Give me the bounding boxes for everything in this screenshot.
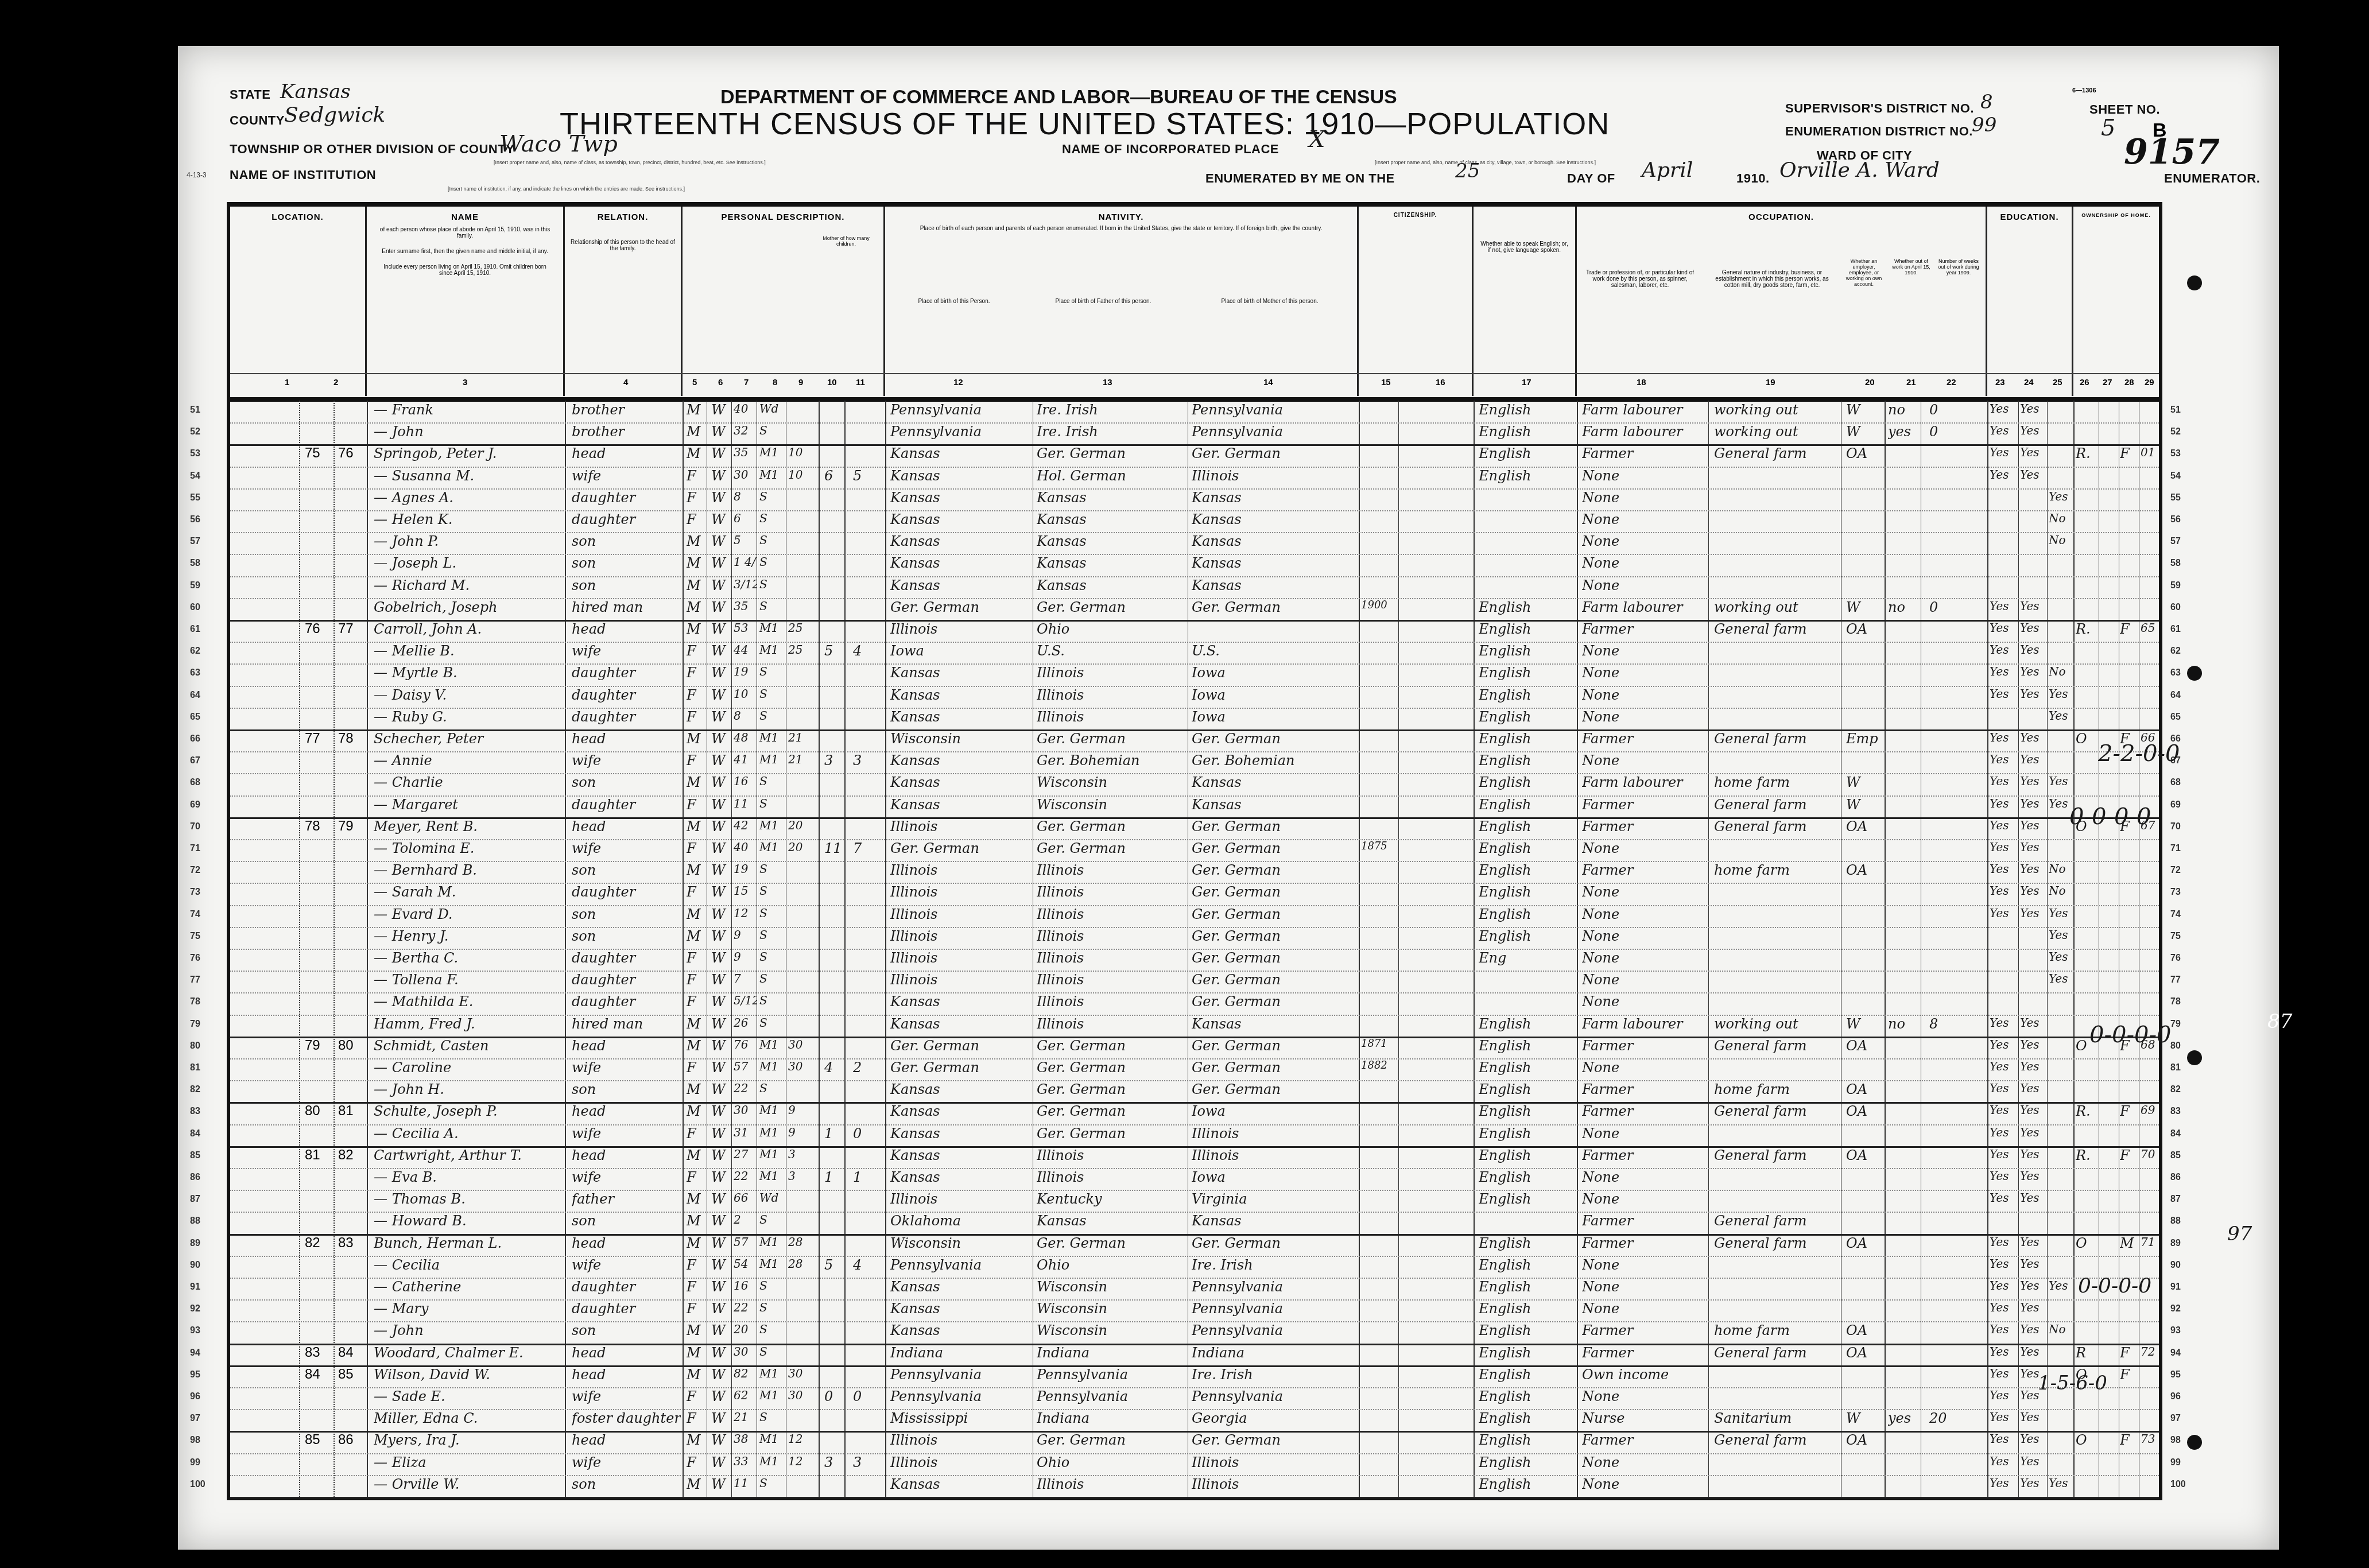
- age: 41: [734, 752, 757, 766]
- can-write: Yes: [2020, 643, 2047, 657]
- line-number-right: 56: [2170, 515, 2181, 525]
- can-read: Yes: [1990, 797, 2018, 810]
- language: English: [1479, 928, 1576, 944]
- birthplace-father: Kansas: [1037, 511, 1186, 527]
- birthplace-person: Kansas: [890, 1016, 1031, 1032]
- can-read: Yes: [1990, 818, 2018, 832]
- farm-schedule-number: 70: [2141, 1147, 2159, 1161]
- relation: daughter: [572, 490, 681, 506]
- attended-school: Yes: [2049, 687, 2073, 701]
- birthplace-father: Wisconsin: [1037, 1322, 1186, 1338]
- children-living: 0: [853, 1125, 882, 1142]
- line-number-left: 58: [190, 558, 200, 569]
- age: 35: [734, 445, 757, 459]
- person-name: Cartwright, Arthur T.: [374, 1147, 565, 1163]
- age: 22: [734, 1169, 757, 1183]
- can-read: Yes: [1990, 1125, 2018, 1139]
- birthplace-mother: Ger. German: [1192, 862, 1358, 878]
- tally-line97: 1-5-6-0: [2038, 1372, 2107, 1395]
- line-number-left: 59: [190, 581, 200, 591]
- children-living: 7: [853, 840, 882, 856]
- trade: None: [1582, 1125, 1708, 1142]
- birthplace-person: Illinois: [890, 818, 1031, 835]
- trade: Farmer: [1582, 1103, 1708, 1119]
- can-write: Yes: [2020, 752, 2047, 766]
- birthplace-person: Mississippi: [890, 1410, 1031, 1426]
- can-write: Yes: [2020, 402, 2047, 416]
- line-number-right: 72: [2170, 865, 2181, 876]
- age: 2: [734, 1213, 757, 1227]
- birthplace-person: Kansas: [890, 1279, 1031, 1295]
- sex: F: [687, 840, 707, 856]
- line-number-right: 95: [2170, 1370, 2181, 1380]
- family-number: 85: [338, 1367, 367, 1383]
- language: English: [1479, 1081, 1576, 1097]
- birthplace-mother: Ger. German: [1192, 1432, 1358, 1448]
- age: 40: [734, 402, 757, 416]
- can-read: Yes: [1990, 687, 2018, 701]
- years-married: 20: [788, 818, 817, 832]
- census-table: LOCATION. NAME of each person whose plac…: [227, 202, 2162, 1500]
- employer-status: OA: [1846, 862, 1883, 878]
- line-number-left: 80: [190, 1041, 200, 1051]
- marital-status: M1: [759, 731, 785, 744]
- relation: hired man: [572, 1016, 681, 1032]
- line-number-left: 86: [190, 1173, 200, 1183]
- relation: son: [572, 1322, 681, 1338]
- line-number-left: 68: [190, 778, 200, 788]
- birthplace-father: Ger. German: [1037, 445, 1186, 461]
- marital-status: S: [759, 1213, 785, 1227]
- birthplace-father: Ger. German: [1037, 1081, 1186, 1097]
- person-name: — Cecilia A.: [374, 1125, 565, 1142]
- can-write: Yes: [2020, 731, 2047, 744]
- trade: None: [1582, 884, 1708, 900]
- trade: None: [1582, 468, 1708, 484]
- sex: M: [687, 1432, 707, 1448]
- birthplace-mother: Kansas: [1192, 555, 1358, 571]
- trade: Farmer: [1582, 731, 1708, 747]
- table-row: — Cecilia A. wife F W 31 M1 9 1 0 Kansas…: [230, 1124, 2159, 1148]
- township-label: TOWNSHIP OR OTHER DIVISION OF COUNTY: [230, 142, 514, 157]
- dwelling-number: 85: [305, 1432, 334, 1448]
- attended-school: Yes: [2049, 950, 2073, 964]
- birthplace-father: Ger. German: [1037, 1235, 1186, 1251]
- can-write: Yes: [2020, 862, 2047, 876]
- line-number-left: 56: [190, 515, 200, 525]
- can-read: Yes: [1990, 1476, 2018, 1490]
- birthplace-father: Wisconsin: [1037, 1279, 1186, 1295]
- race: W: [711, 1279, 731, 1295]
- sex: M: [687, 621, 707, 637]
- table-row: 79 80 Schmidt, Casten head M W 76 M1 30 …: [230, 1037, 2159, 1059]
- line-number-right: 97: [2170, 1414, 2181, 1424]
- years-married: 9: [788, 1103, 817, 1117]
- farm-or-house: M: [2120, 1235, 2139, 1251]
- industry: home farm: [1714, 1322, 1840, 1338]
- relation: daughter: [572, 687, 681, 703]
- birthplace-mother: Ger. German: [1192, 884, 1358, 900]
- birthplace-person: Iowa: [890, 643, 1031, 659]
- attended-school: No: [2049, 862, 2073, 876]
- incorporated-hint: [Insert proper name and, also, name of c…: [1375, 160, 1596, 165]
- can-read: Yes: [1990, 1367, 2018, 1380]
- can-read: Yes: [1990, 445, 2018, 459]
- birthplace-person: Kansas: [890, 1147, 1031, 1163]
- employer-status: OA: [1846, 1345, 1883, 1361]
- birthplace-father: Illinois: [1037, 972, 1186, 988]
- birthplace-mother: Kansas: [1192, 533, 1358, 549]
- trade: Farmer: [1582, 1322, 1708, 1338]
- birthplace-father: Illinois: [1037, 665, 1186, 681]
- sex: M: [687, 1367, 707, 1383]
- industry: General farm: [1714, 1103, 1840, 1119]
- race: W: [711, 1367, 731, 1383]
- age: 62: [734, 1388, 757, 1402]
- birthplace-father: Kansas: [1037, 577, 1186, 593]
- trade: None: [1582, 950, 1708, 966]
- marital-status: M1: [759, 752, 785, 766]
- trade: None: [1582, 993, 1708, 1010]
- marital-status: Wd: [759, 402, 785, 416]
- birthplace-person: Pennsylvania: [890, 424, 1031, 440]
- trade: None: [1582, 1301, 1708, 1317]
- language: English: [1479, 1454, 1576, 1470]
- birthplace-father: Illinois: [1037, 1016, 1186, 1032]
- table-row: — Henry J. son M W 9 S Illinois Illinois…: [230, 927, 2159, 950]
- line-number-right: 78: [2170, 997, 2181, 1007]
- family-number: 81: [338, 1103, 367, 1119]
- person-name: — John P.: [374, 533, 565, 549]
- table-row: — Richard M. son M W 3/12 S Kansas Kansa…: [230, 576, 2159, 599]
- sex: F: [687, 490, 707, 506]
- marital-status: S: [759, 424, 785, 437]
- person-name: — Catherine: [374, 1279, 565, 1295]
- table-row: — Howard B. son M W 2 S Oklahoma Kansas …: [230, 1212, 2159, 1235]
- race: W: [711, 1301, 731, 1317]
- age: 66: [734, 1191, 757, 1205]
- language: English: [1479, 1322, 1576, 1338]
- can-write: Yes: [2020, 1257, 2047, 1271]
- age: 6: [734, 511, 757, 525]
- county-label: COUNTY: [230, 113, 285, 128]
- relation: head: [572, 1345, 681, 1361]
- can-write: Yes: [2020, 1191, 2047, 1205]
- can-write: Yes: [2020, 665, 2047, 678]
- person-name: — Daisy V.: [374, 687, 565, 703]
- can-write: Yes: [2020, 1345, 2047, 1359]
- person-name: — Frank: [374, 402, 565, 418]
- can-read: Yes: [1990, 1388, 2018, 1402]
- marital-status: S: [759, 577, 785, 591]
- attended-school: Yes: [2049, 490, 2073, 503]
- attended-school: Yes: [2049, 906, 2073, 920]
- margin-87: 87: [2267, 1010, 2292, 1033]
- attended-school: No: [2049, 533, 2073, 547]
- trade: None: [1582, 511, 1708, 527]
- farm-schedule-number: 65: [2141, 621, 2159, 635]
- relation: head: [572, 1147, 681, 1163]
- birthplace-person: Illinois: [890, 972, 1031, 988]
- age: 9: [734, 928, 757, 942]
- weeks-out: 8: [1929, 1016, 1964, 1032]
- sex: F: [687, 511, 707, 527]
- sex: M: [687, 1345, 707, 1361]
- language: English: [1479, 424, 1576, 440]
- age: 38: [734, 1432, 757, 1446]
- marital-status: S: [759, 1016, 785, 1030]
- birthplace-person: Illinois: [890, 1191, 1031, 1207]
- person-name: — Charlie: [374, 774, 565, 790]
- sex: M: [687, 577, 707, 593]
- can-read: Yes: [1990, 884, 2018, 898]
- dwelling-number: 77: [305, 731, 334, 747]
- race: W: [711, 665, 731, 681]
- birthplace-person: Pennsylvania: [890, 1388, 1031, 1404]
- line-number-right: 70: [2170, 822, 2181, 832]
- birthplace-mother: Ger. German: [1192, 950, 1358, 966]
- employer-status: OA: [1846, 1081, 1883, 1097]
- person-name: — Mary: [374, 1301, 565, 1317]
- children-born: 3: [824, 752, 844, 769]
- line-number-right: 55: [2170, 493, 2181, 503]
- birthplace-father: Illinois: [1037, 1169, 1186, 1185]
- birthplace-mother: Pennsylvania: [1192, 402, 1358, 418]
- sex: F: [687, 752, 707, 769]
- person-name: — Eliza: [374, 1454, 565, 1470]
- birthplace-father: Illinois: [1037, 862, 1186, 878]
- sex: M: [687, 1038, 707, 1054]
- language: English: [1479, 621, 1576, 637]
- person-name: — Eva B.: [374, 1169, 565, 1185]
- years-married: 30: [788, 1367, 817, 1380]
- dwelling-number: 84: [305, 1367, 334, 1383]
- can-write: Yes: [2020, 1038, 2047, 1051]
- person-name: — Myrtle B.: [374, 665, 565, 681]
- person-name: Myers, Ira J.: [374, 1432, 565, 1448]
- line-number-right: 100: [2170, 1480, 2186, 1490]
- race: W: [711, 1476, 731, 1492]
- language: English: [1479, 1301, 1576, 1317]
- birthplace-father: Illinois: [1037, 709, 1186, 725]
- sex: M: [687, 1081, 707, 1097]
- trade: None: [1582, 1279, 1708, 1295]
- race: W: [711, 1191, 731, 1207]
- trade: None: [1582, 840, 1708, 856]
- table-row: — Orville W. son M W 11 S Kansas Illinoi…: [230, 1475, 2159, 1499]
- attended-school: Yes: [2049, 928, 2073, 942]
- birthplace-person: Kansas: [890, 665, 1031, 681]
- person-name: — Sarah M.: [374, 884, 565, 900]
- line-number-right: 71: [2170, 844, 2181, 854]
- relation: brother: [572, 402, 681, 418]
- children-born: 1: [824, 1169, 844, 1185]
- immigration-year: 1875: [1361, 840, 1398, 852]
- line-number-right: 85: [2170, 1151, 2181, 1161]
- birthplace-father: Indiana: [1037, 1410, 1186, 1426]
- language: English: [1479, 1147, 1576, 1163]
- trade: Farmer: [1582, 818, 1708, 835]
- trade: Nurse: [1582, 1410, 1708, 1426]
- age: 30: [734, 468, 757, 482]
- birthplace-mother: Illinois: [1192, 1476, 1358, 1492]
- birthplace-mother: Ger. German: [1192, 928, 1358, 944]
- age: 3/12: [734, 577, 757, 591]
- incorporated-value: X: [1309, 126, 1325, 153]
- employer-status: W: [1846, 599, 1883, 615]
- birthplace-person: Ger. German: [890, 599, 1031, 615]
- trade: Farmer: [1582, 1147, 1708, 1163]
- line-number-left: 77: [190, 975, 200, 985]
- relation: daughter: [572, 950, 681, 966]
- years-married: 21: [788, 752, 817, 766]
- trade: Farm labourer: [1582, 402, 1708, 418]
- sex: F: [687, 1257, 707, 1273]
- table-row: Miller, Edna C. foster daughter F W 21 S…: [230, 1409, 2159, 1433]
- can-read: Yes: [1990, 1432, 2018, 1446]
- out-of-work: no: [1888, 402, 1921, 418]
- language: English: [1479, 1432, 1576, 1448]
- can-write: Yes: [2020, 884, 2047, 898]
- children-born: 11: [824, 840, 844, 856]
- can-read: Yes: [1990, 1454, 2018, 1468]
- supervisor-value: 8: [1980, 91, 1993, 114]
- col-group-personal: PERSONAL DESCRIPTION. Mother of how many…: [683, 207, 885, 396]
- employer-status: W: [1846, 774, 1883, 790]
- dwelling-number: 76: [305, 621, 334, 637]
- industry: home farm: [1714, 862, 1840, 878]
- birthplace-father: Ger. German: [1037, 599, 1186, 615]
- owned-rented: O: [2076, 1235, 2099, 1251]
- age: 53: [734, 621, 757, 635]
- table-row: — Mary daughter F W 22 S Kansas Wisconsi…: [230, 1299, 2159, 1322]
- trade: None: [1582, 533, 1708, 549]
- age: 22: [734, 1081, 757, 1095]
- can-write: Yes: [2020, 687, 2047, 701]
- farm-or-house: F: [2120, 1432, 2139, 1448]
- marital-status: M1: [759, 1235, 785, 1249]
- birthplace-mother: Kansas: [1192, 511, 1358, 527]
- trade: Own income: [1582, 1367, 1708, 1383]
- birthplace-father: Kansas: [1037, 533, 1186, 549]
- marital-status: S: [759, 665, 785, 678]
- race: W: [711, 490, 731, 506]
- form-title: THIRTEENTH CENSUS OF THE UNITED STATES: …: [560, 106, 1610, 142]
- age: 54: [734, 1257, 757, 1271]
- trade: None: [1582, 490, 1708, 506]
- children-living: 5: [853, 468, 882, 484]
- relation: son: [572, 928, 681, 944]
- immigration-year: 1871: [1361, 1038, 1398, 1050]
- sex: M: [687, 1322, 707, 1338]
- language: English: [1479, 1038, 1576, 1054]
- line-number-left: 91: [190, 1282, 200, 1293]
- race: W: [711, 643, 731, 659]
- enumerated-day: 25: [1455, 160, 1480, 183]
- language: English: [1479, 840, 1576, 856]
- race: W: [711, 577, 731, 593]
- relation: hired man: [572, 599, 681, 615]
- can-write: Yes: [2020, 1169, 2047, 1183]
- sex: M: [687, 818, 707, 835]
- sex: M: [687, 1476, 707, 1492]
- birthplace-mother: Pennsylvania: [1192, 1301, 1358, 1317]
- birthplace-mother: U.S.: [1192, 643, 1358, 659]
- table-row: — John son M W 20 S Kansas Wisconsin Pen…: [230, 1321, 2159, 1345]
- line-number-right: 93: [2170, 1326, 2181, 1336]
- birthplace-person: Pennsylvania: [890, 1257, 1031, 1273]
- employer-status: W: [1846, 797, 1883, 813]
- line-number-left: 61: [190, 624, 200, 635]
- table-row: — Daisy V. daughter F W 10 S Kansas Illi…: [230, 686, 2159, 709]
- table-row: — John H. son M W 22 S Kansas Ger. Germa…: [230, 1080, 2159, 1104]
- table-row: — Helen K. daughter F W 6 S Kansas Kansa…: [230, 510, 2159, 533]
- trade: Farm labourer: [1582, 1016, 1708, 1032]
- race: W: [711, 1345, 731, 1361]
- county-value: Sedgwick: [284, 103, 385, 127]
- language: English: [1479, 1169, 1576, 1185]
- industry: General farm: [1714, 1235, 1840, 1251]
- sheet-label: SHEET NO.: [2089, 102, 2160, 117]
- can-read: Yes: [1990, 1103, 2018, 1117]
- birthplace-person: Kansas: [890, 1103, 1031, 1119]
- attended-school: No: [2049, 511, 2073, 525]
- industry: working out: [1714, 402, 1840, 418]
- line-number-right: 51: [2170, 405, 2181, 416]
- marital-status: S: [759, 533, 785, 547]
- line-number-left: 97: [190, 1414, 200, 1424]
- marital-status: M1: [759, 1388, 785, 1402]
- birthplace-person: Kansas: [890, 511, 1031, 527]
- language: English: [1479, 1125, 1576, 1142]
- birthplace-father: Ger. German: [1037, 818, 1186, 835]
- col-group-occupation: OCCUPATION. Trade or profession of, or p…: [1577, 207, 1987, 396]
- marital-status: M1: [759, 840, 785, 854]
- trade: None: [1582, 1059, 1708, 1076]
- can-write: Yes: [2020, 1432, 2047, 1446]
- relation: son: [572, 774, 681, 790]
- farm-or-house: F: [2120, 1103, 2139, 1119]
- line-number-left: 89: [190, 1239, 200, 1249]
- birthplace-father: Wisconsin: [1037, 774, 1186, 790]
- sex: F: [687, 972, 707, 988]
- sex: M: [687, 1213, 707, 1229]
- birthplace-mother: Ger. Bohemian: [1192, 752, 1358, 769]
- table-row: — John brother M W 32 S Pennsylvania Ire…: [230, 422, 2159, 446]
- birthplace-father: Illinois: [1037, 993, 1186, 1010]
- industry: General farm: [1714, 1038, 1840, 1054]
- birthplace-person: Kansas: [890, 445, 1031, 461]
- sex: F: [687, 1454, 707, 1470]
- language: English: [1479, 1279, 1576, 1295]
- table-row: — John P. son M W 5 S Kansas Kansas Kans…: [230, 532, 2159, 555]
- person-name: Woodard, Chalmer E.: [374, 1345, 565, 1361]
- line-number-right: 59: [2170, 581, 2181, 591]
- table-row: 82 83 Bunch, Herman L. head M W 57 M1 28…: [230, 1234, 2159, 1257]
- farm-schedule-number: 71: [2141, 1235, 2159, 1249]
- years-married: 30: [788, 1059, 817, 1073]
- relation: head: [572, 1235, 681, 1251]
- person-name: — Ruby G.: [374, 709, 565, 725]
- language: English: [1479, 797, 1576, 813]
- line-number-left: 52: [190, 427, 200, 437]
- trade: None: [1582, 1191, 1708, 1207]
- can-read: Yes: [1990, 424, 2018, 437]
- line-number-left: 98: [190, 1435, 200, 1446]
- table-row: 84 85 Wilson, David W. head M W 82 M1 30…: [230, 1365, 2159, 1388]
- birthplace-mother: Ger. German: [1192, 1235, 1358, 1251]
- person-name: — Sade E.: [374, 1388, 565, 1404]
